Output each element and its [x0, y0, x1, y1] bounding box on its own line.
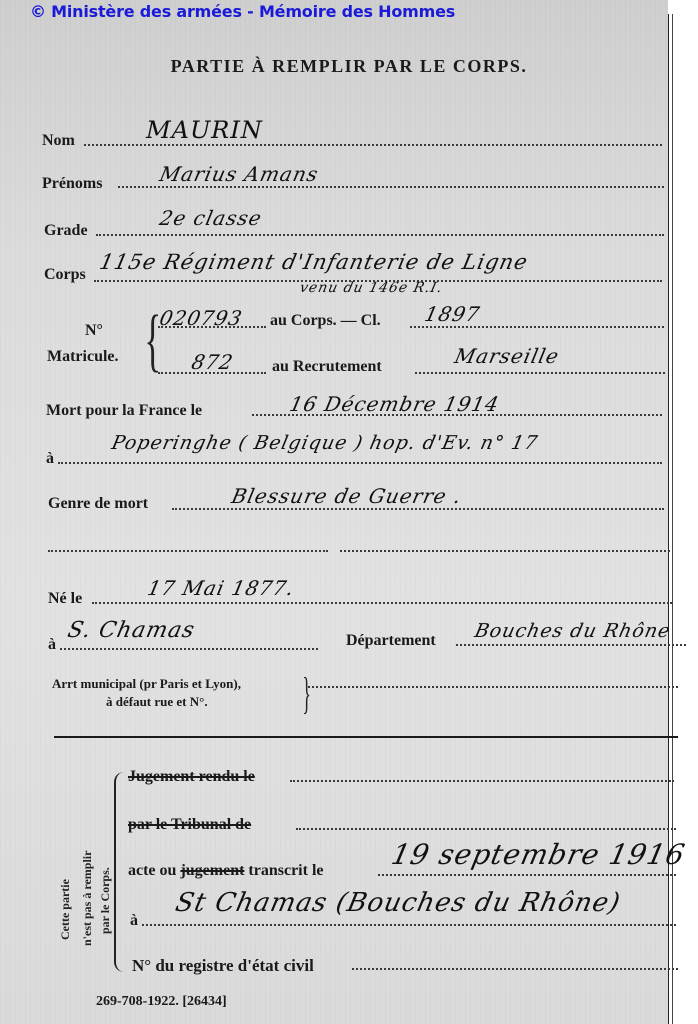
side-note-line2: n'est pas à remplir	[80, 851, 94, 946]
lieu-value: St Chamas (Bouches du Rhône)	[173, 888, 624, 918]
classe-line	[410, 326, 664, 328]
arrondissement-label: Arrt municipal (pr Paris et Lyon),	[52, 676, 241, 692]
prenoms-label: Prénoms	[42, 175, 102, 193]
ne-lieu-label: à	[48, 636, 56, 654]
ne-lieu-line	[60, 648, 318, 650]
lieu-line	[142, 924, 676, 926]
matricule-label-n: N°	[85, 322, 103, 340]
arrondissement-line	[308, 686, 678, 688]
copyright-watermark: © Ministère des armées - Mémoire des Hom…	[30, 2, 455, 21]
side-note-line1: Cette partie	[58, 879, 72, 940]
genre-mort-label: Genre de mort	[48, 495, 148, 513]
corps-value: 115e Régiment d'Infanterie de Ligne	[97, 250, 530, 274]
grade-value: 2e classe	[157, 206, 264, 230]
jugement-label: Jugement rendu le	[128, 768, 255, 786]
tribunal-label: par le Tribunal de	[128, 816, 251, 834]
transcrit-label: acte ou jugement transcrit le	[128, 862, 324, 880]
matricule-recrutement-value: 872	[189, 350, 235, 374]
tribunal-line	[296, 828, 676, 830]
grade-line	[96, 234, 664, 236]
ne-lieu-value: S. Chamas	[65, 618, 197, 643]
nom-line	[84, 144, 662, 146]
arrondissement-label-2: à défaut rue et N°.	[106, 694, 208, 710]
side-note-line3: par le Corps.	[98, 867, 112, 934]
recrutement-place: Marseille	[452, 344, 561, 368]
nom-value: MAURIN	[143, 116, 266, 144]
departement-line	[456, 644, 686, 646]
registre-line	[352, 968, 678, 970]
matricule-corps-value: 020793	[157, 306, 244, 330]
registre-label: N° du registre d'état civil	[132, 956, 314, 976]
matricule-corps-label: au Corps. — Cl.	[270, 312, 381, 330]
recrutement-label: au Recrutement	[272, 358, 382, 376]
nom-label: Nom	[42, 132, 75, 150]
jugement-line	[290, 780, 674, 782]
lieu-label: à	[130, 912, 138, 930]
blank-line-left	[48, 550, 328, 552]
section-divider	[54, 736, 678, 738]
blank-line-right	[340, 550, 670, 552]
matricule-brace: {	[144, 306, 161, 376]
form-reference: 269-708-1922. [26434]	[96, 994, 227, 1010]
departement-value: Bouches du Rhône	[473, 620, 673, 642]
ne-le-value: 17 Mai 1877.	[145, 576, 296, 600]
mort-date-label: Mort pour la France le	[46, 402, 202, 420]
ne-le-line	[92, 602, 672, 604]
departement-label: Département	[346, 632, 436, 650]
corps-label: Corps	[44, 266, 86, 284]
prenoms-line	[118, 186, 664, 188]
genre-mort-value: Blessure de Guerre .	[229, 484, 464, 508]
form-title: PARTIE À REMPLIR PAR LE CORPS.	[0, 56, 698, 77]
page-border	[668, 14, 673, 1024]
recrutement-line	[415, 372, 665, 374]
classe-value: 1897	[422, 302, 482, 326]
arrondissement-brace: }	[302, 672, 310, 716]
mort-lieu-label: à	[46, 450, 54, 468]
mort-lieu-line	[58, 462, 662, 464]
grade-label: Grade	[44, 222, 88, 240]
mort-lieu-value: Poperinghe ( Belgique ) hop. d'Ev. n° 17	[110, 432, 540, 454]
prenoms-value: Marius Amans	[157, 162, 320, 186]
genre-mort-line	[172, 508, 664, 510]
corps-note: venu du 146e R.I.	[298, 280, 444, 296]
matricule-label: Matricule.	[47, 348, 119, 366]
transcrit-value: 19 septembre 1916	[388, 838, 688, 871]
transcrit-line	[378, 874, 676, 876]
mort-date-value: 16 Décembre 1914	[287, 392, 501, 416]
lower-section-brace	[114, 772, 124, 972]
ne-le-label: Né le	[48, 590, 82, 608]
